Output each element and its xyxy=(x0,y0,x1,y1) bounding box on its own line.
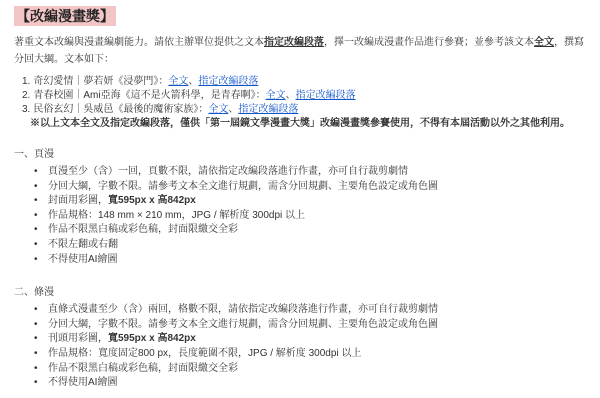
full-text-link[interactable]: 全文 xyxy=(208,104,228,115)
intro-text: 著重文本改編與漫畫編劇能力。請依主辦單位提供之文本 xyxy=(14,37,264,48)
bullet-icon xyxy=(34,180,48,195)
bullet-item: 不限左翻或右翻 xyxy=(34,238,586,253)
bullet-text: 刊頭用彩圖， xyxy=(48,333,108,344)
section-strip-comic: 二、條漫 直條式漫畫至少（含）兩回，格數不限，請依指定改編段落進行作畫，亦可自行… xyxy=(14,286,586,391)
bullet-bold-text: 寬595px x 高842px xyxy=(108,195,196,206)
bullet-bold-text: 寬595px x 高842px xyxy=(108,333,196,344)
source-text-list: 1.奇幻愛情｜夢若妍《浸夢門》：全文、指定改編段落 2.青春校園｜Ami亞海《這… xyxy=(22,75,586,117)
source-text-item: 2.青春校園｜Ami亞海《這不是火箭科學，是青春啊》：全文、指定改編段落 xyxy=(22,89,586,103)
bullet-item: 作品不限黑白稿或彩色稿，封面限繳交全彩 xyxy=(34,362,586,377)
bullet-item: 分回大綱，字數不限。請參考文本全文進行規劃，需含分回規劃、主要角色設定或角色圖 xyxy=(34,180,586,195)
bullet-text: 作品規格：寬度固定800 px，長度範圍不限，JPG / 解析度 300dpi … xyxy=(48,348,361,359)
bullet-icon xyxy=(34,362,48,377)
bullet-item: 作品規格：148 mm × 210 mm，JPG / 解析度 300dpi 以上 xyxy=(34,209,586,224)
bullet-item: 直條式漫畫至少（含）兩回，格數不限，請依指定改編段落進行作畫，亦可自行裁剪劇情 xyxy=(34,303,586,318)
bullet-icon xyxy=(34,165,48,180)
section-page-comic: 一、頁漫 頁漫至少（含）一回，頁數不限，請依指定改編段落進行作畫，亦可自行裁剪劇… xyxy=(14,148,586,267)
source-text-item: 3.民俗玄幻｜吳威邑《最後的魔術家族》：全文、指定改編段落 xyxy=(22,103,586,117)
bullet-item: 作品規格：寬度固定800 px，長度範圍不限，JPG / 解析度 300dpi … xyxy=(34,347,586,362)
bullet-icon xyxy=(34,223,48,238)
assigned-passage-link[interactable]: 指定改編段落 xyxy=(198,76,258,87)
bullet-text: 分回大綱，字數不限。請參考文本全文進行規劃，需含分回規劃、主要角色設定或角色圖 xyxy=(48,319,438,330)
bullet-list: 直條式漫畫至少（含）兩回，格數不限，請依指定改編段落進行作畫，亦可自行裁剪劇情 … xyxy=(34,303,586,391)
usage-restriction-note: ※以上文本全文及指定改編段落，僅供「第一屆鏡文學漫畫大獎」改編漫畫獎參賽使用，不… xyxy=(30,117,586,131)
section-heading: 一、頁漫 xyxy=(14,148,586,162)
bullet-item: 頁漫至少（含）一回，頁數不限，請依指定改編段落進行作畫，亦可自行裁剪劇情 xyxy=(34,165,586,180)
assigned-passage-link[interactable]: 指定改編段落 xyxy=(238,104,298,115)
bullet-text: 封面用彩圖， xyxy=(48,195,108,206)
bullet-text: 作品不限黑白稿或彩色稿，封面限繳交全彩 xyxy=(48,224,238,235)
bullet-item: 作品不限黑白稿或彩色稿，封面限繳交全彩 xyxy=(34,223,586,238)
bullet-item: 刊頭用彩圖，寬595px x 高842px xyxy=(34,332,586,347)
bullet-text: 分回大綱，字數不限。請參考文本全文進行規劃，需含分回規劃、主要角色設定或角色圖 xyxy=(48,181,438,192)
bullet-icon xyxy=(34,318,48,333)
item-number: 2. xyxy=(22,90,30,101)
bullet-icon xyxy=(34,332,48,347)
bullet-icon xyxy=(34,194,48,209)
bullet-text: 不限左翻或右翻 xyxy=(48,239,118,250)
intro-emphasis-full-text: 全文 xyxy=(534,37,554,48)
section-heading: 二、條漫 xyxy=(14,286,586,300)
source-text-item: 1.奇幻愛情｜夢若妍《浸夢門》：全文、指定改編段落 xyxy=(22,75,586,89)
bullet-text: 直條式漫畫至少（含）兩回，格數不限，請依指定改編段落進行作畫，亦可自行裁剪劇情 xyxy=(48,304,438,315)
link-separator: 、 xyxy=(188,76,198,87)
bullet-icon xyxy=(34,376,48,391)
assigned-passage-link[interactable]: 指定改編段落 xyxy=(296,90,356,101)
item-number: 3. xyxy=(22,104,30,115)
item-number: 1. xyxy=(22,76,30,87)
full-text-link[interactable]: 全文 xyxy=(168,76,188,87)
bullet-icon xyxy=(34,303,48,318)
item-label: 奇幻愛情｜夢若妍《浸夢門》： xyxy=(33,76,168,87)
bullet-text: 作品不限黑白稿或彩色稿，封面限繳交全彩 xyxy=(48,363,238,374)
award-title: 【改編漫畫獎】 xyxy=(14,6,116,26)
intro-paragraph: 著重文本改編與漫畫編劇能力。請依主辦單位提供之文本指定改編段落，擇一改編成漫畫作… xyxy=(14,34,586,68)
bullet-text: 頁漫至少（含）一回，頁數不限，請依指定改編段落進行作畫，亦可自行裁剪劇情 xyxy=(48,166,408,177)
bullet-icon xyxy=(34,253,48,268)
bullet-item: 封面用彩圖，寬595px x 高842px xyxy=(34,194,586,209)
link-separator: 、 xyxy=(286,90,296,101)
bullet-icon xyxy=(34,347,48,362)
intro-emphasis-assigned-passage: 指定改編段落 xyxy=(264,37,324,48)
item-label: 民俗玄幻｜吳威邑《最後的魔術家族》： xyxy=(33,104,208,115)
bullet-icon xyxy=(34,238,48,253)
bullet-icon xyxy=(34,209,48,224)
bullet-text: 作品規格：148 mm × 210 mm，JPG / 解析度 300dpi 以上 xyxy=(48,210,305,221)
bullet-list: 頁漫至少（含）一回，頁數不限，請依指定改編段落進行作畫，亦可自行裁剪劇情 分回大… xyxy=(34,165,586,267)
bullet-item: 不得使用AI繪圖 xyxy=(34,253,586,268)
intro-text: ，擇一改編成漫畫作品進行參賽；並參考該文本 xyxy=(324,37,534,48)
full-text-link[interactable]: 全文 xyxy=(266,90,286,101)
bullet-item: 分回大綱，字數不限。請參考文本全文進行規劃，需含分回規劃、主要角色設定或角色圖 xyxy=(34,318,586,333)
bullet-text: 不得使用AI繪圖 xyxy=(48,254,117,265)
bullet-item: 不得使用AI繪圖 xyxy=(34,376,586,391)
document-page: 【改編漫畫獎】 著重文本改編與漫畫編劇能力。請依主辦單位提供之文本指定改編段落，… xyxy=(0,0,600,391)
bullet-text: 不得使用AI繪圖 xyxy=(48,377,117,388)
item-label: 青春校園｜Ami亞海《這不是火箭科學，是青春啊》： xyxy=(33,90,265,101)
link-separator: 、 xyxy=(228,104,238,115)
